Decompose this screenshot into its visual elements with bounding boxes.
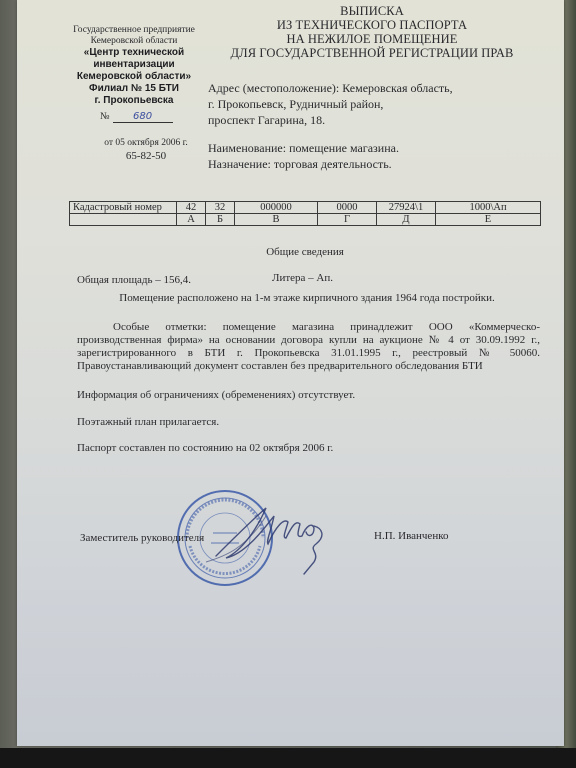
special-notes: Особые отметки: помещение магазина прина… (77, 321, 540, 373)
phone-number: 65-82-50 (86, 150, 206, 162)
passport-date: Паспорт составлен по состоянию на 02 окт… (77, 442, 333, 454)
table-cell: А (177, 214, 206, 226)
address-line: г. Прокопьевск, Рудничный район, (208, 96, 528, 112)
table-cell: 32 (206, 202, 235, 214)
document-title: ВЫПИСКА ИЗ ТЕХНИЧЕСКОГО ПАСПОРТА НА НЕЖИ… (222, 4, 522, 60)
cadastral-number-table: Кадастровый номер 42 32 000000 0000 2792… (69, 201, 541, 226)
section-title: Общие сведения (70, 246, 540, 258)
table-row: Кадастровый номер 42 32 000000 0000 2792… (70, 202, 541, 214)
address-line: проспект Гагарина, 18. (208, 112, 528, 128)
signature-icon (196, 496, 356, 576)
document-number: №680 (100, 111, 190, 123)
org-line: Филиал № 15 БТИ (66, 83, 202, 95)
org-line: «Центр технической (66, 47, 202, 59)
table-cell (70, 214, 177, 226)
title-line: ИЗ ТЕХНИЧЕСКОГО ПАСПОРТА (222, 18, 522, 32)
table-cell: Е (436, 214, 541, 226)
org-line: г. Прокопьевска (66, 95, 202, 107)
floor-plan-info: Поэтажный план прилагается. (77, 416, 219, 428)
org-line: инвентаризации (66, 59, 202, 71)
premises-purpose: Назначение: торговая деятельность. (208, 156, 528, 172)
title-line: ВЫПИСКА (222, 4, 522, 18)
title-line: НА НЕЖИЛОЕ ПОМЕЩЕНИЕ (222, 32, 522, 46)
litera: Литера – Ап. (272, 272, 333, 284)
organization-block: Государственное предприятие Кемеровской … (66, 25, 202, 107)
table-cell: Г (318, 214, 377, 226)
cadastral-label: Кадастровый номер (70, 202, 177, 214)
naming-block: Наименование: помещение магазина. Назнач… (208, 140, 528, 172)
org-line: Кемеровской области» (66, 71, 202, 83)
encumbrances-info: Информация об ограничениях (обременениях… (77, 389, 355, 401)
table-cell: 42 (177, 202, 206, 214)
total-area: Общая площадь – 156,4. (77, 274, 191, 286)
signer-title: Заместитель руководителя (80, 532, 204, 544)
floor-info: Помещение расположено на 1-м этаже кирпи… (77, 292, 537, 304)
document-date: от 05 октября 2006 г. (86, 138, 206, 148)
table-cell: В (235, 214, 318, 226)
premises-name: Наименование: помещение магазина. (208, 140, 528, 156)
table-cell: 000000 (235, 202, 318, 214)
background-table (0, 748, 576, 768)
table-cell: Б (206, 214, 235, 226)
signer-name: Н.П. Иванченко (374, 530, 449, 542)
org-line: Кемеровской области (66, 36, 202, 47)
table-cell: 0000 (318, 202, 377, 214)
table-cell: 1000\Ап (436, 202, 541, 214)
title-line: ДЛЯ ГОСУДАРСТВЕННОЙ РЕГИСТРАЦИИ ПРАВ (222, 46, 522, 60)
table-cell: Д (377, 214, 436, 226)
table-row: А Б В Г Д Е (70, 214, 541, 226)
number-value: 680 (113, 111, 173, 123)
table-cell: 27924\1 (377, 202, 436, 214)
org-line: Государственное предприятие (66, 25, 202, 36)
address-block: Адрес (местоположение): Кемеровская обла… (208, 80, 528, 128)
number-label: № (100, 111, 110, 122)
address-line: Адрес (местоположение): Кемеровская обла… (208, 80, 528, 96)
